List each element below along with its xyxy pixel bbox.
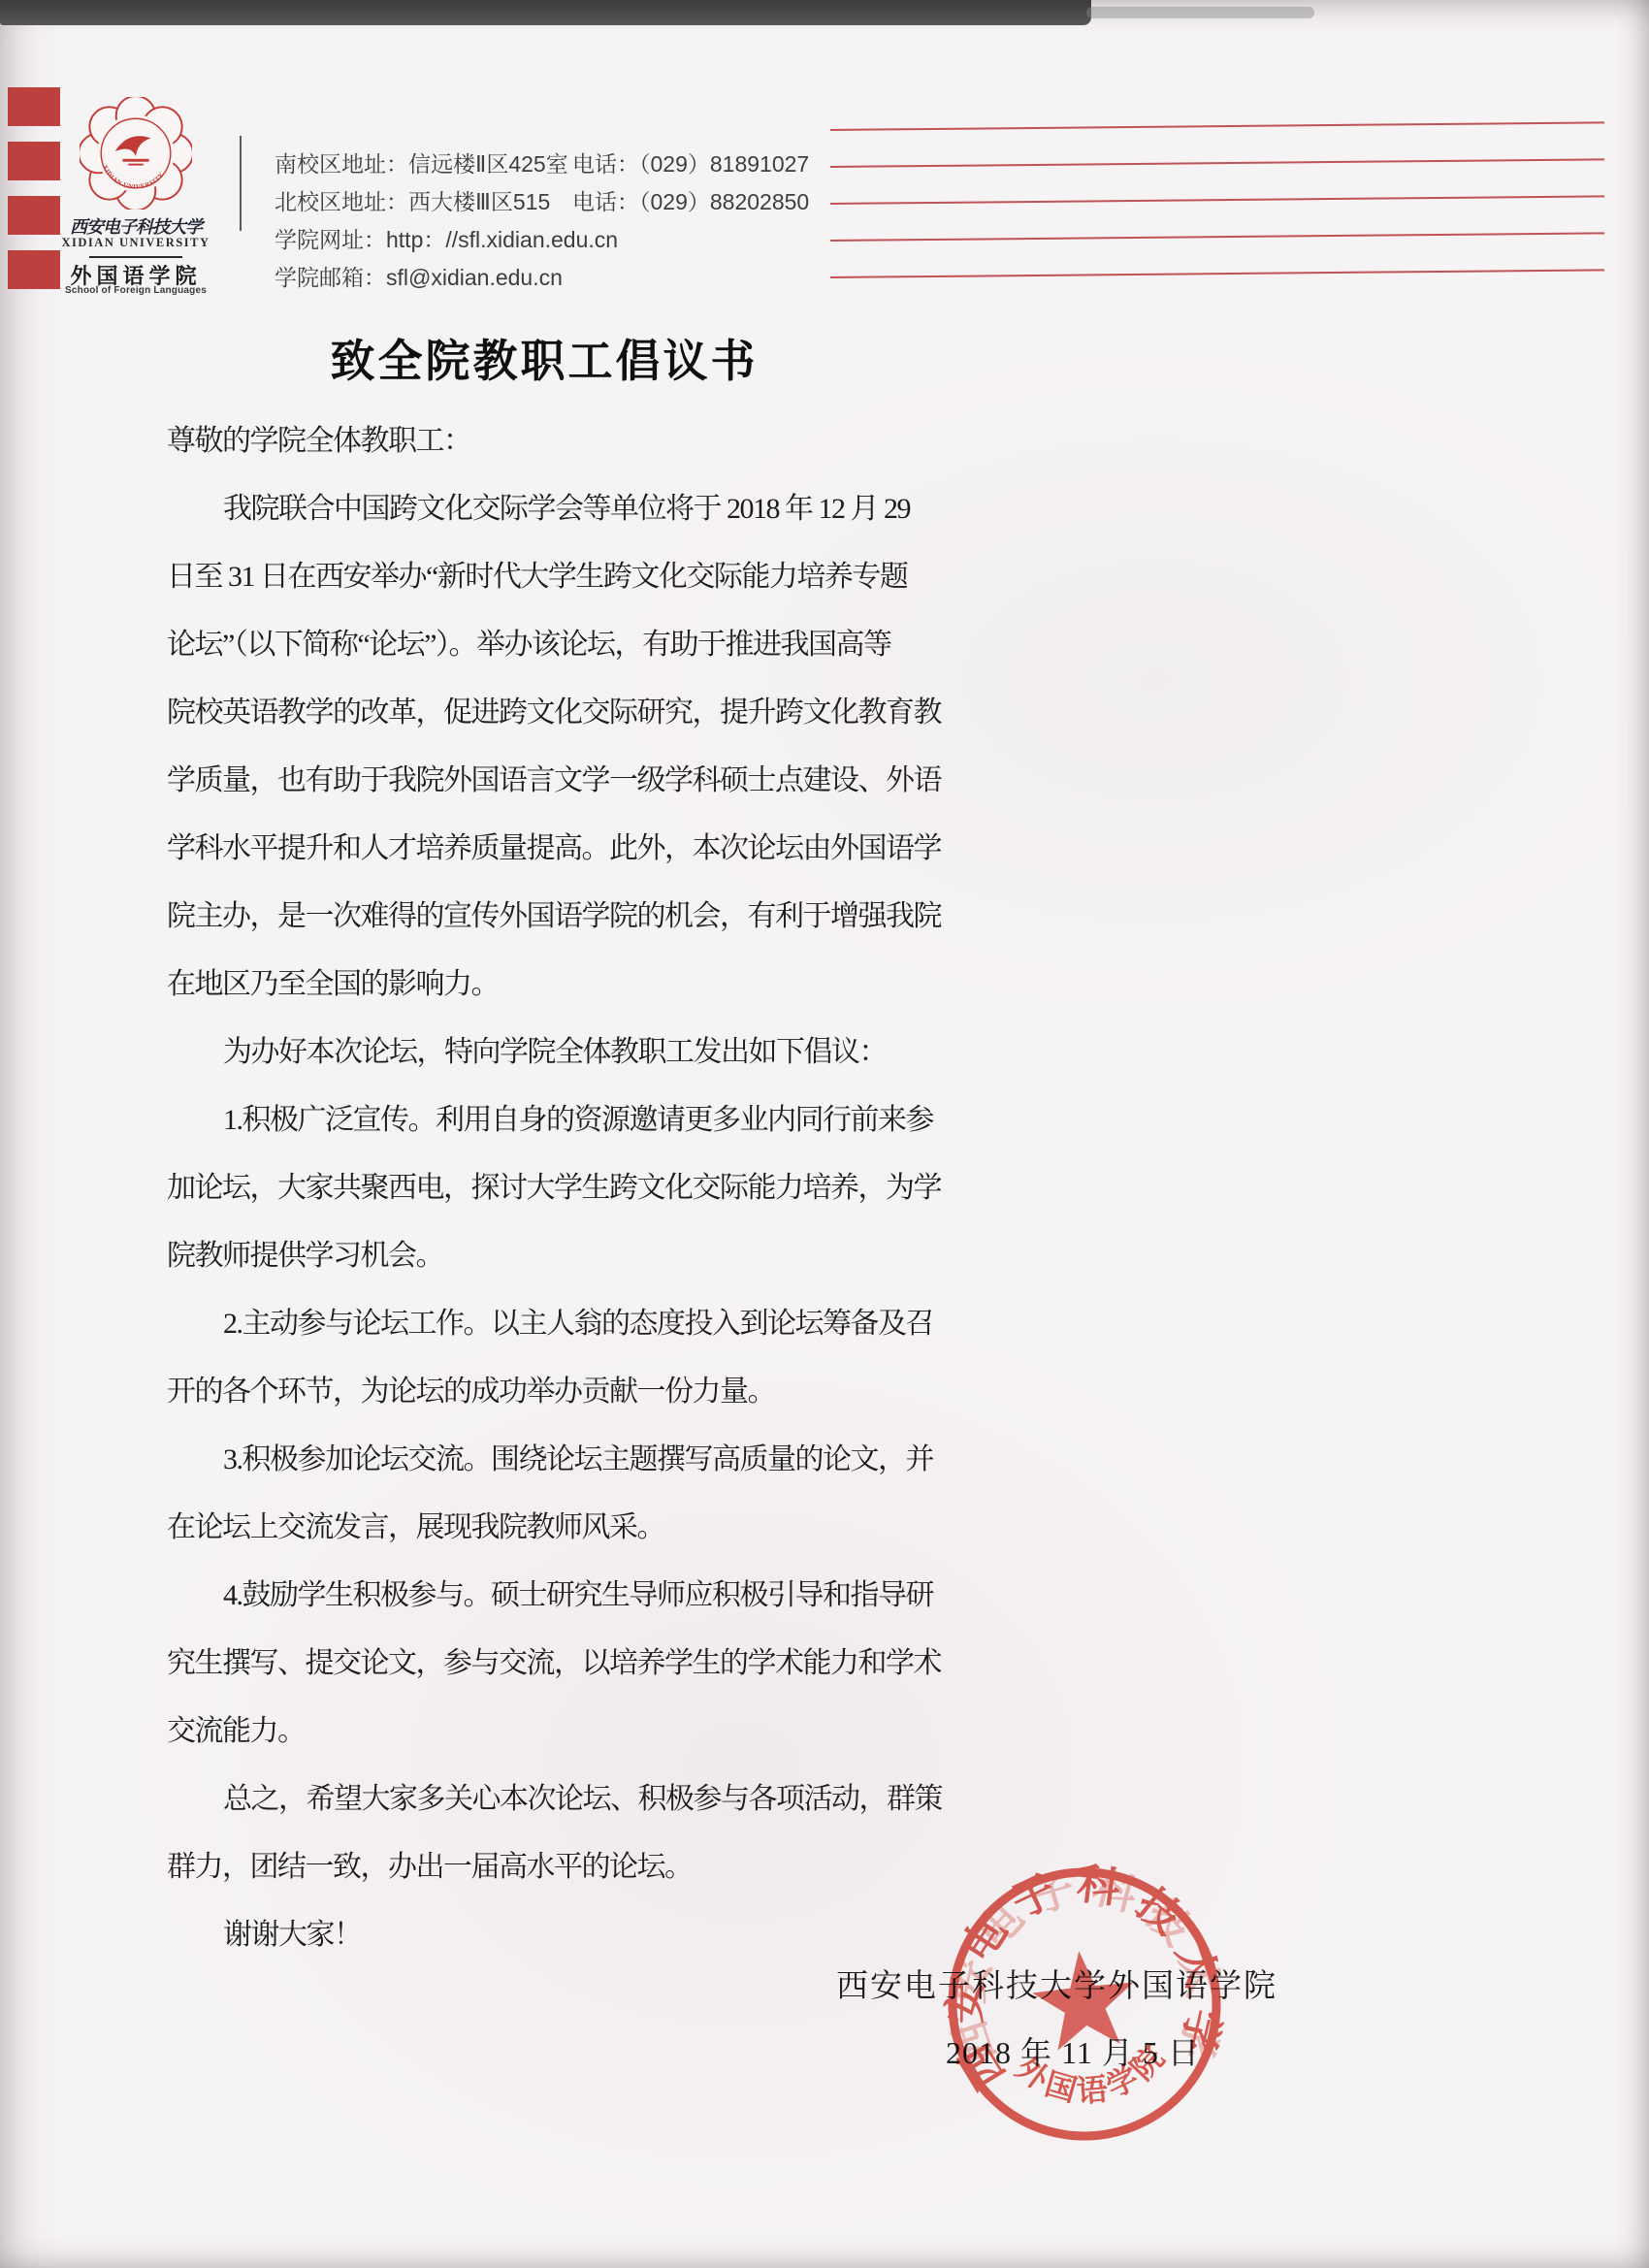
body-line: 在地区乃至全国的影响力。: [167, 951, 921, 1019]
campus-address-north: 北校区地址：西大楼Ⅲ区515: [275, 184, 572, 216]
body-line: 开的各个环节，为论坛的成功举办贡献一份力量。: [167, 1358, 921, 1426]
campus-address-south: 南校区地址：信远楼Ⅱ区425室: [275, 146, 572, 178]
official-seal: 西安电子科技大学 西安电子科技大学 外国语学院: [924, 1844, 1245, 2164]
seal-star: [1028, 1946, 1139, 2053]
body-line: 2.主动参与论坛工作。以主人翁的态度投入到论坛筹备及召: [167, 1290, 921, 1358]
phone-south: 电话：（029）81891027: [572, 146, 809, 178]
scan-top-shadow: [0, 0, 1091, 25]
body-line: 论坛”（以下简称“论坛”）。举办该论坛，有助于推进我国高等: [167, 611, 921, 679]
body-line: 群力，团结一致，办出一届高水平的论坛。: [167, 1833, 921, 1901]
contact-row: 南校区地址：信远楼Ⅱ区425室 电话：（029）81891027: [275, 144, 818, 181]
registration-mark: [8, 142, 60, 180]
body-line: 日至 31 日在西安举办“新时代大学生跨文化交际能力培养专题: [167, 543, 921, 611]
school-name-en: School of Foreign Languages: [58, 285, 213, 296]
body-line: 究生撰写、提交论文，参与交流，以培养学生的学术能力和学术: [167, 1630, 921, 1698]
header-vertical-divider: [240, 136, 242, 231]
letterhead-contact-block: 南校区地址：信远楼Ⅱ区425室 电话：（029）81891027 北校区地址：西…: [275, 144, 818, 295]
ruled-line: [830, 269, 1604, 278]
body-line: 谢谢大家！: [167, 1901, 921, 1969]
ruled-line: [830, 121, 1604, 131]
body-line: 我院联合中国跨文化交际学会等单位将于 2018 年 12 月 29: [167, 475, 921, 543]
contact-row: 北校区地址：西大楼Ⅲ区515 电话：（029）88202850: [275, 181, 818, 219]
scan-top-shadow-faint: [1086, 7, 1314, 18]
body-line: 院教师提供学习机会。: [167, 1222, 921, 1290]
body-lines: 尊敬的学院全体教职工：我院联合中国跨文化交际学会等单位将于 2018 年 12 …: [167, 407, 921, 1969]
body-line: 尊敬的学院全体教职工：: [167, 407, 921, 475]
body-line: 3.积极参加论坛交流。围绕论坛主题撰写高质量的论文，并: [167, 1426, 921, 1494]
body-line: 学科水平提升和人才培养质量提高。此外，本次论坛由外国语学: [167, 815, 921, 883]
ruled-line: [830, 232, 1604, 242]
university-logo-icon: XIDIAN UNIVERSITY: [80, 97, 192, 210]
body-line: 总之，希望大家多关心本次论坛、积极参与各项活动，群策: [167, 1766, 921, 1833]
school-email: 学院邮箱：sfl@xidian.edu.cn: [275, 260, 572, 292]
brand-divider: [89, 256, 182, 258]
registration-mark: [8, 87, 60, 126]
document-title: 致全院教职工倡议书: [167, 328, 921, 396]
contact-row: 学院网址：http：//sfl.xidian.edu.cn: [275, 219, 818, 257]
body-line: 交流能力。: [167, 1698, 921, 1766]
university-english-name: XIDIAN UNIVERSITY: [58, 236, 213, 250]
body-line: 为办好本次论坛，特向学院全体教职工发出如下倡议：: [167, 1019, 921, 1086]
phone-north: 电话：（029）88202850: [572, 184, 809, 216]
body-line: 4.鼓励学生积极参与。硕士研究生导师应积极引导和指导研: [167, 1562, 921, 1630]
contact-row: 学院邮箱：sfl@xidian.edu.cn: [275, 257, 818, 295]
registration-mark: [8, 250, 60, 289]
body-line: 1.积极广泛宣传。利用自身的资源邀请更多业内同行前来参: [167, 1086, 921, 1154]
body-line: 加论坛，大家共聚西电，探讨大学生跨文化交际能力培养，为学: [167, 1154, 921, 1222]
body-line: 在论坛上交流发言，展现我院教师风采。: [167, 1494, 921, 1562]
body-line: 学质量，也有助于我院外国语言文学一级学科硕士点建设、外语: [167, 747, 921, 815]
document-page: XIDIAN UNIVERSITY 西安电子科技大学 XIDIAN UNIVER…: [0, 0, 1649, 2268]
registration-mark: [8, 196, 60, 235]
body-line: 院主办，是一次难得的宣传外国语学院的机会，有利于增强我院: [167, 883, 921, 951]
ruled-line: [830, 195, 1604, 205]
seal-bottom-text: 外国语学院: [1007, 2035, 1175, 2116]
body-line: 院校英语教学的改革，促进跨文化交际研究，提升跨文化教育教: [167, 679, 921, 747]
school-website: 学院网址：http：//sfl.xidian.edu.cn: [275, 222, 572, 254]
ruled-line: [830, 158, 1604, 168]
svg-text:外国语学院: 外国语学院: [1007, 2035, 1175, 2116]
